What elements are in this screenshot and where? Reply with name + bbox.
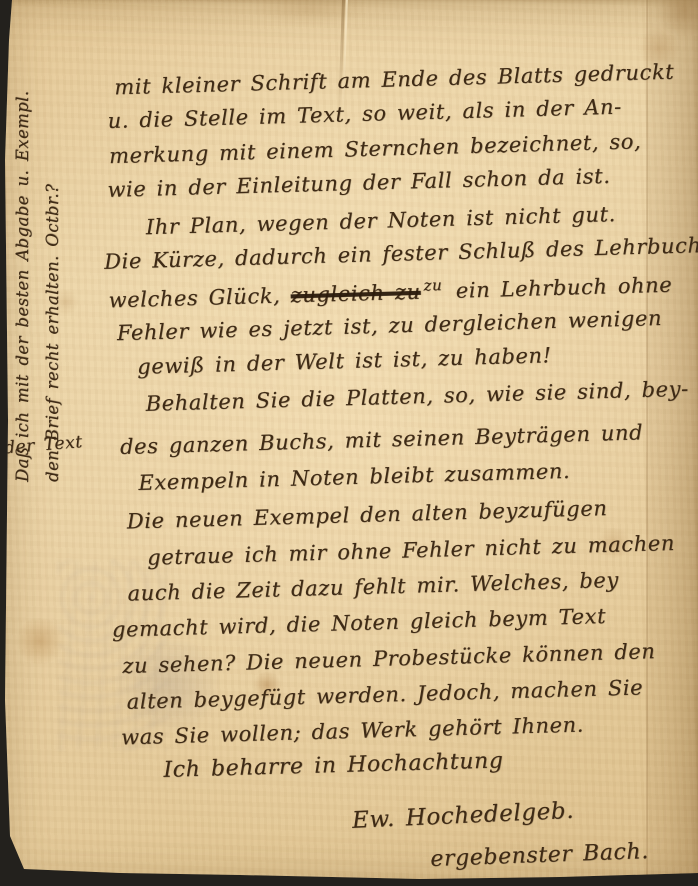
handwritten-line: Exempeln in Noten bleibt zusammen.: [138, 459, 570, 495]
handwritten-line: Ihr Plan, wegen der Noten ist nicht gut.: [145, 202, 616, 239]
valediction-line: Ew. Hochedelgeb.: [351, 798, 574, 834]
letter-body: mit kleiner Schrift am Ende des Blatts g…: [0, 0, 698, 886]
handwritten-line: gewiß in der Welt ist ist, zu haben!: [137, 343, 552, 379]
handwritten-line: merkung mit einem Sternchen bezeichnet, …: [109, 129, 642, 168]
handwritten-line: des ganzen Buchs, mit seinen Beyträgen u…: [120, 420, 644, 459]
signature-line: ergebenster Bach.: [430, 839, 649, 872]
handwritten-line: was Sie wollen; das Werk gehört Ihnen.: [121, 713, 585, 750]
closing-line: Ich beharre in Hochachtung: [163, 748, 504, 782]
catchword: der Text: [3, 432, 83, 458]
handwritten-line: zu sehen? Die neuen Probestücke können d…: [122, 639, 656, 678]
handwritten-line: auch die Zeit dazu fehlt mir. Welches, b…: [127, 568, 619, 606]
strikethrough-word: zugleich zu: [290, 280, 421, 308]
handwritten-line: mit kleiner Schrift am Ende des Blatts g…: [114, 60, 675, 100]
handwritten-line: Die neuen Exempel den alten beyzufügen: [127, 496, 608, 533]
handwritten-line: getraue ich mir ohne Fehler nicht zu mac…: [147, 531, 675, 570]
handwritten-line: u. die Stelle im Text, so weit, als in d…: [107, 95, 622, 133]
handwritten-line: gemacht wird, die Noten gleich beym Text: [112, 604, 607, 642]
inserted-word: zu: [423, 276, 442, 295]
handwritten-line: Die Kürze, dadurch ein fester Schluß des…: [104, 233, 698, 274]
handwritten-line: wie in der Einleitung der Fall schon da …: [107, 164, 611, 202]
handwritten-line-with-correction: welches Glück, zugleich zuzu ein Lehrbuc…: [108, 270, 672, 313]
handwritten-line: alten beygefügt werden. Jedoch, machen S…: [126, 675, 643, 713]
scan-background: Daß ich mit der besten Abgabe u. Exempl.…: [0, 0, 698, 886]
paper: Daß ich mit der besten Abgabe u. Exempl.…: [0, 0, 698, 886]
line-text: welches Glück,: [108, 283, 291, 312]
handwritten-line: Behalten Sie die Platten, so, wie sie si…: [145, 377, 689, 416]
line-text: ein Lehrbuch ohne: [445, 273, 672, 303]
handwritten-line: Fehler wie es jetzt ist, zu dergleichen …: [117, 306, 663, 345]
